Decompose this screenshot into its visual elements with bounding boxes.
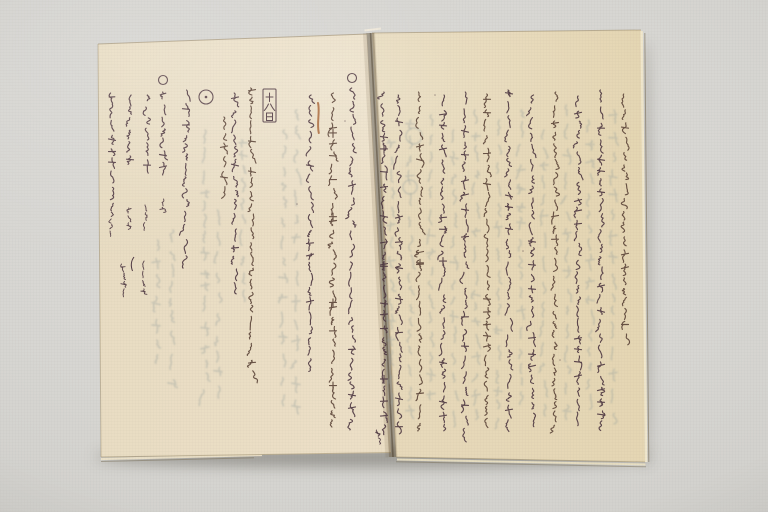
manuscript-photo: Photograph of an open stab-bound Japanes… (0, 0, 768, 512)
manuscript-ink-layer (0, 0, 768, 512)
date-header-box (263, 89, 276, 122)
